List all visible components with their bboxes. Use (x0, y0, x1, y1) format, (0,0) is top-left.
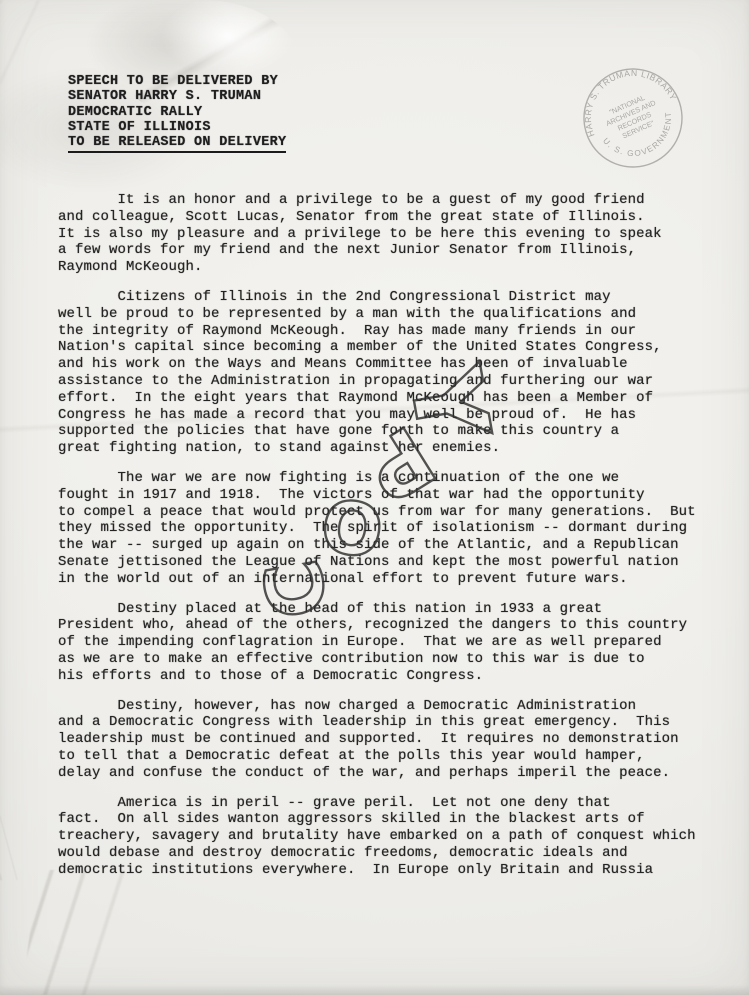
text-line: Raymond McKeough. (58, 259, 738, 276)
text-line: great fighting nation, to stand against … (58, 440, 738, 457)
text-line: and colleague, Scott Lucas, Senator from… (58, 209, 738, 226)
text-line: to tell that a Democratic defeat at the … (58, 748, 738, 765)
text-line: democratic institutions everywhere. In E… (58, 862, 738, 879)
text-line: Destiny, however, has now charged a Demo… (58, 698, 738, 715)
text-line: effort. In the eight years that Raymond … (58, 390, 738, 407)
text-line: Destiny placed at the head of this natio… (58, 601, 738, 618)
paragraph: Destiny placed at the head of this natio… (58, 601, 738, 685)
text-line: the integrity of Raymond McKeough. Ray h… (58, 323, 738, 340)
text-line: delay and confuse the conduct of the war… (58, 765, 738, 782)
header-line: STATE OF ILLINOIS (68, 120, 286, 135)
text-line: It is also my pleasure and a privilege t… (58, 226, 738, 243)
text-line: treachery, savagery and brutality have e… (58, 828, 738, 845)
text-line: the war -- surged up again on this side … (58, 537, 738, 554)
header-line: TO BE RELEASED ON DELIVERY (68, 135, 286, 153)
text-line: his efforts and to those of a Democratic… (58, 668, 738, 685)
text-line: supported the policies that have gone fo… (58, 423, 738, 440)
paragraph: The war we are now fighting is a continu… (58, 470, 738, 588)
document-body: It is an honor and a privilege to be a g… (58, 192, 738, 891)
header-line: SPEECH TO BE DELIVERED BY (68, 74, 286, 89)
text-line: and a Democratic Congress with leadershi… (58, 714, 738, 731)
text-line: It is an honor and a privilege to be a g… (58, 192, 738, 209)
text-line: assistance to the Administration in prop… (58, 373, 738, 390)
document-header: SPEECH TO BE DELIVERED BYSENATOR HARRY S… (68, 74, 286, 153)
archive-stamp-icon: HARRY S. TRUMAN LIBRARY U. S. GOVERNMENT… (551, 36, 715, 200)
text-line: Congress he has made a record that you m… (58, 407, 738, 424)
text-line: Senate jettisoned the League of Nations … (58, 554, 738, 571)
text-line: to compel a peace that would protect us … (58, 504, 738, 521)
document-page: SPEECH TO BE DELIVERED BYSENATOR HARRY S… (0, 0, 749, 995)
paragraph: America is in peril -- grave peril. Let … (58, 795, 738, 879)
text-line: as we are to make an effective contribut… (58, 651, 738, 668)
text-line: in the world out of an international eff… (58, 571, 738, 588)
text-line: Nation's capital since becoming a member… (58, 339, 738, 356)
paragraph: Citizens of Illinois in the 2nd Congress… (58, 289, 738, 457)
text-line: The war we are now fighting is a continu… (58, 470, 738, 487)
header-line: DEMOCRATIC RALLY (68, 105, 286, 120)
text-line: of the impending conflagration in Europe… (58, 634, 738, 651)
paragraph: It is an honor and a privilege to be a g… (58, 192, 738, 276)
text-line: well be proud to be represented by a man… (58, 306, 738, 323)
text-line: fought in 1917 and 1918. The victors of … (58, 487, 738, 504)
scan-edge-shadow (0, 985, 749, 995)
text-line: would debase and destroy democratic free… (58, 845, 738, 862)
header-line: SENATOR HARRY S. TRUMAN (68, 89, 286, 104)
text-line: America is in peril -- grave peril. Let … (58, 795, 738, 812)
text-line: and his work on the Ways and Means Commi… (58, 356, 738, 373)
text-line: fact. On all sides wanton aggressors ski… (58, 811, 738, 828)
text-line: they missed the opportunity. The spirit … (58, 520, 738, 537)
text-line: a few words for my friend and the next J… (58, 242, 738, 259)
text-line: leadership must be continued and support… (58, 731, 738, 748)
text-line: President who, ahead of the others, reco… (58, 617, 738, 634)
paragraph: Destiny, however, has now charged a Demo… (58, 698, 738, 782)
text-line: Citizens of Illinois in the 2nd Congress… (58, 289, 738, 306)
